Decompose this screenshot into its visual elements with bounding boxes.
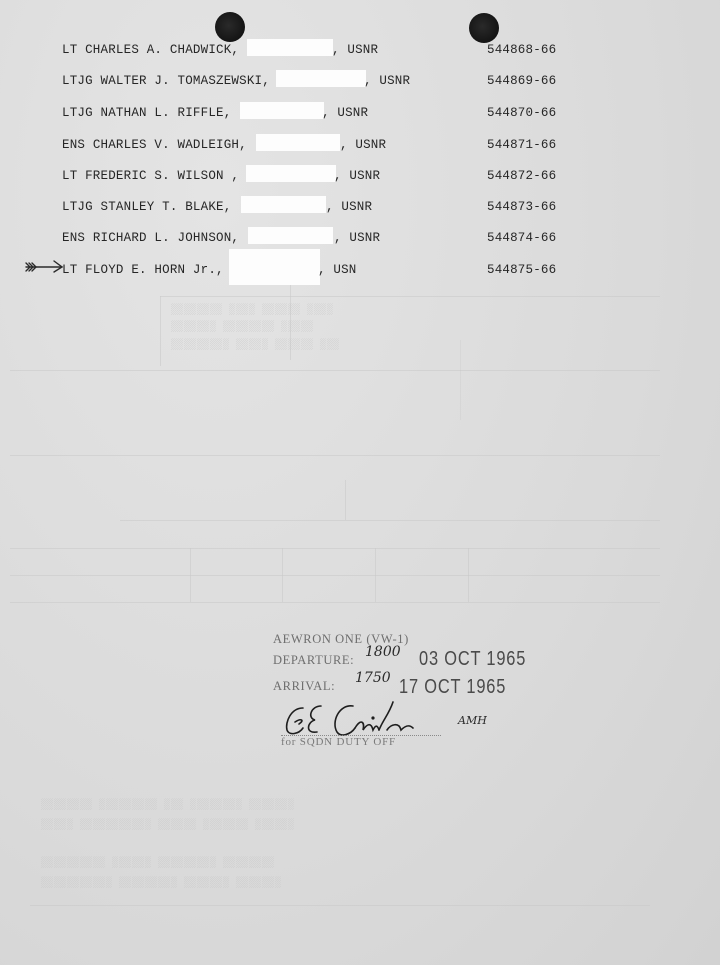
roster-row: LT CHARLES A. CHADWICK, , USNR 544868-66	[0, 43, 720, 63]
bleed-through-line	[460, 340, 461, 420]
roster-row: ENS CHARLES V. WADLEIGH, , USNR 544871-6…	[0, 138, 720, 158]
arrival-date: 17 OCT 1965	[399, 676, 506, 699]
arrow-pointer-icon	[24, 258, 64, 274]
departure-date: 03 OCT 1965	[419, 648, 526, 671]
service-number: 544873-66	[487, 200, 556, 214]
signature-caption: for SQDN DUTY OFF	[281, 736, 396, 748]
service-branch: , USNR	[322, 106, 368, 120]
service-branch: , USNR	[326, 200, 372, 214]
redaction-box	[241, 196, 326, 213]
service-number: 544870-66	[487, 106, 556, 120]
service-branch: , USNR	[364, 74, 410, 88]
bleed-through-line	[10, 548, 660, 549]
bleed-through-line	[345, 480, 346, 520]
roster-row: LTJG NATHAN L. RIFFLE, , USNR 544870-66	[0, 106, 720, 126]
punch-hole	[469, 13, 499, 43]
redaction-box	[247, 39, 333, 56]
bleed-through-line	[10, 602, 660, 603]
bleed-through-line	[160, 296, 161, 366]
bleed-through-text: ░░░░ ░░░░░░ ░░░░ ░░░░░░░░	[170, 305, 333, 316]
officer-name: LTJG NATHAN L. RIFFLE,	[62, 106, 231, 120]
punch-hole	[215, 12, 245, 42]
redaction-box	[240, 102, 324, 119]
service-branch: , USNR	[340, 138, 386, 152]
bleed-through-line	[282, 548, 283, 602]
bleed-through-line	[10, 370, 660, 371]
service-branch: , USN	[318, 263, 357, 277]
bleed-through-line	[10, 455, 660, 456]
departure-time: 1800	[365, 644, 401, 660]
bleed-through-text: ░░░░░░ ░░░░░░░ ░░░░░░ ░░░░░░░░░░░ ░░░░░	[40, 820, 294, 831]
service-number: 544871-66	[487, 138, 556, 152]
officer-name: LTJG WALTER J. TOMASZEWSKI,	[62, 74, 270, 88]
officer-name: LTJG STANLEY T. BLAKE,	[62, 200, 231, 214]
bleed-through-line	[375, 548, 376, 602]
roster-row: LTJG STANLEY T. BLAKE, , USNR 544873-66	[0, 200, 720, 220]
redaction-box	[246, 165, 336, 182]
bleed-through-text: ░░░░░░░ ░░░░░░░ ░░░░░░░░░ ░░░░░░░░░░░	[40, 878, 281, 889]
bleed-through-line	[160, 296, 660, 297]
redaction-box	[276, 70, 366, 87]
service-branch: , USNR	[334, 231, 380, 245]
bleed-through-text: ░░░░░░░░ ░░░░░░░░░ ░░░░░░ ░░░░░░░░░░	[40, 858, 274, 869]
service-number: 544869-66	[487, 74, 556, 88]
service-number: 544875-66	[487, 263, 556, 277]
roster-row: LT FREDERIC S. WILSON , , USNR 544872-66	[0, 169, 720, 189]
bleed-through-line	[468, 548, 469, 602]
bleed-through-text: ░░░ ░░░░░░ ░░░░░ ░░░░░░░░░	[170, 340, 339, 351]
bleed-through-line	[10, 575, 660, 576]
roster-row: LTJG WALTER J. TOMASZEWSKI, , USNR 54486…	[0, 74, 720, 94]
signature-rating: AMH	[458, 714, 487, 727]
document-page: ░░░░ ░░░░░░ ░░░░ ░░░░░░░░ ░░░░░ ░░░░░░░░…	[0, 0, 720, 965]
officer-name: LT CHARLES A. CHADWICK,	[62, 43, 239, 57]
bleed-through-text: ░░░░░░░ ░░░░░░░░ ░░░ ░░░░░░░░░ ░░░░░░░░	[40, 800, 294, 811]
officer-name: LT FREDERIC S. WILSON ,	[62, 169, 239, 183]
service-branch: , USNR	[332, 43, 378, 57]
officer-name: ENS CHARLES V. WADLEIGH,	[62, 138, 247, 152]
arrival-label: ARRIVAL:	[273, 679, 335, 694]
arrival-time: 1750	[355, 670, 391, 686]
officer-name: LT FLOYD E. HORN Jr.,	[62, 263, 224, 277]
redaction-box	[256, 134, 340, 151]
redaction-box	[229, 249, 320, 285]
bleed-through-line	[190, 548, 191, 602]
service-number: 544868-66	[487, 43, 556, 57]
departure-arrival-stamp: AEWRON ONE (VW-1) DEPARTURE: 1800 03 OCT…	[273, 632, 553, 752]
service-branch: , USNR	[334, 169, 380, 183]
departure-label: DEPARTURE:	[273, 653, 354, 668]
service-number: 544874-66	[487, 231, 556, 245]
redaction-box	[248, 227, 333, 244]
officer-name: ENS RICHARD L. JOHNSON,	[62, 231, 239, 245]
bleed-through-line	[120, 520, 660, 521]
bleed-through-line	[30, 905, 650, 906]
roster-row-marked: LT FLOYD E. HORN Jr., , USN 544875-66	[0, 263, 720, 283]
roster-row: ENS RICHARD L. JOHNSON, , USNR 544874-66	[0, 231, 720, 251]
bleed-through-text: ░░░░░ ░░░░░░░░ ░░░░░░░	[170, 322, 313, 333]
service-number: 544872-66	[487, 169, 556, 183]
